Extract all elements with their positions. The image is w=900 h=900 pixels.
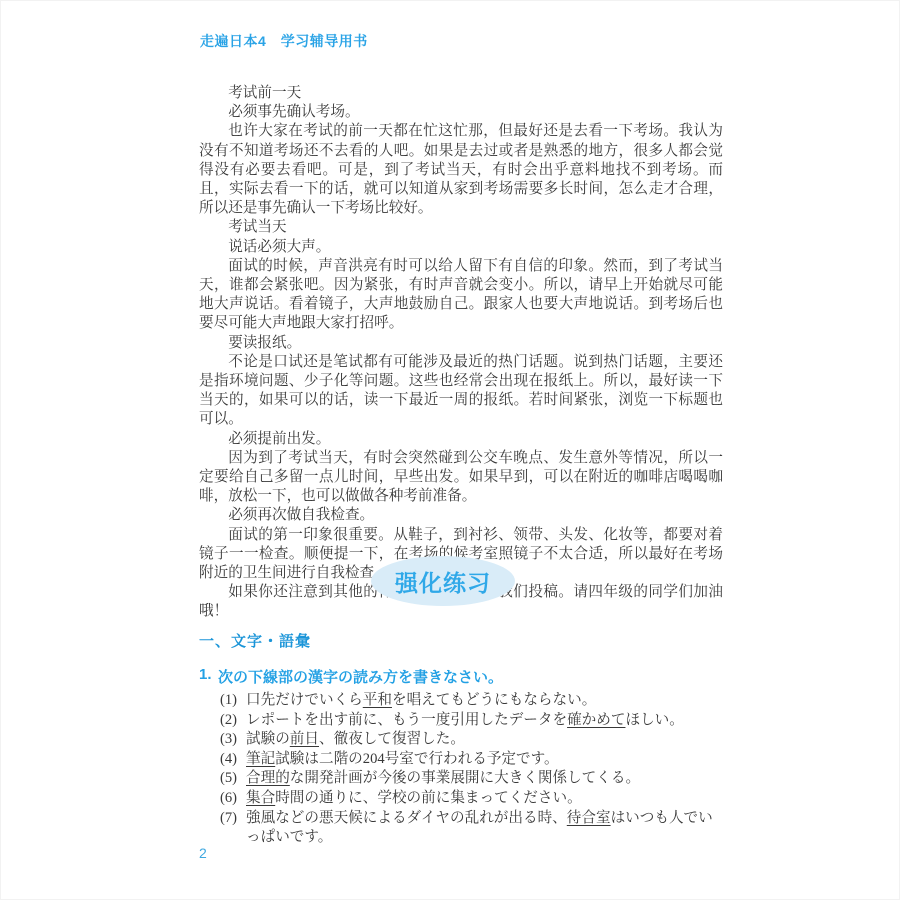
article: 考试前一天必须事先确认考场。也许大家在考试的前一天都在忙这忙那，但最好还是去看一…	[199, 84, 723, 622]
body-paragraph: 必须提前出发。	[199, 430, 723, 449]
item-marker: (3)	[220, 730, 246, 750]
exercise-section: 一、文字・語彙 1. 次の下線部の漢字の読み方を書きなさい。 (1)口先だけでい…	[199, 630, 723, 848]
underlined-word: 確かめて	[567, 712, 625, 728]
question-prompt: 1. 次の下線部の漢字の読み方を書きなさい。	[199, 666, 723, 687]
page-number: 2	[199, 845, 207, 861]
body-paragraph: 必须再次做自我检查。	[199, 506, 723, 525]
exercise-item: (6)集合時間の通りに、学校の前に集まってください。	[220, 789, 723, 809]
body-paragraph: 考试当天	[199, 218, 723, 237]
question-prompt-text: 次の下線部の漢字の読み方を書きなさい。	[218, 666, 503, 687]
exercise-item: (4)筆記試験は二階の204号室で行われる予定です。	[220, 750, 723, 770]
item-text: 強風などの悪天候によるダイヤの乱れが出る時、待合室はいつも人でいっぱいです。	[246, 809, 723, 848]
body-paragraph: 不论是口试还是笔试都有可能涉及最近的热门话题。说到热门话题，主要还是指环境问题、…	[199, 353, 723, 430]
textbook-page: 走遍日本4 学习辅导用书 考试前一天必须事先确认考场。也许大家在考试的前一天都在…	[0, 0, 900, 900]
section-bubble: 强化练习	[371, 556, 515, 606]
underlined-word: 前日	[290, 731, 319, 747]
item-marker: (7)	[220, 809, 246, 848]
item-text: 集合時間の通りに、学校の前に集まってください。	[246, 789, 723, 809]
exercise-item-list: (1)口先だけでいくら平和を唱えてもどうにもならない。(2)レポートを出す前に、…	[199, 691, 723, 848]
exercise-item: (1)口先だけでいくら平和を唱えてもどうにもならない。	[220, 691, 723, 711]
exercise-item: (7)強風などの悪天候によるダイヤの乱れが出る時、待合室はいつも人でいっぱいです…	[220, 809, 723, 848]
section-bubble-label: 强化练习	[395, 565, 491, 598]
underlined-word: 平和	[363, 692, 392, 708]
question-number: 1.	[199, 666, 218, 687]
item-text: 合理的な開発計画が今後の事業展開に大きく関係してくる。	[246, 769, 723, 789]
underlined-word: 待合室	[567, 810, 611, 826]
body-paragraph: 也许大家在考试的前一天都在忙这忙那，但最好还是去看一下考场。我认为没有不知道考场…	[199, 122, 723, 218]
item-marker: (6)	[220, 789, 246, 809]
body-paragraph: 面试的时候，声音洪亮有时可以给人留下有自信的印象。然而，到了考试当天，谁都会紧张…	[199, 257, 723, 334]
book-title-header: 走遍日本4 学习辅导用书	[200, 31, 368, 51]
item-text: 試験の前日、徹夜して復習した。	[246, 730, 723, 750]
item-marker: (1)	[220, 691, 246, 711]
body-paragraph: 考试前一天	[199, 84, 723, 103]
exercise-item: (3)試験の前日、徹夜して復習した。	[220, 730, 723, 750]
underlined-word: 筆記	[246, 751, 275, 767]
body-paragraph: 说话必须大声。	[199, 238, 723, 257]
item-text: レポートを出す前に、もう一度引用したデータを確かめてほしい。	[246, 711, 723, 731]
body-paragraph: 要读报纸。	[199, 334, 723, 353]
underlined-word: 合理的	[246, 770, 290, 786]
body-paragraph: 必须事先确认考场。	[199, 103, 723, 122]
exercise-item: (5)合理的な開発計画が今後の事業展開に大きく関係してくる。	[220, 769, 723, 789]
item-text: 口先だけでいくら平和を唱えてもどうにもならない。	[246, 691, 723, 711]
item-marker: (5)	[220, 769, 246, 789]
underlined-word: 集合	[246, 790, 275, 806]
item-marker: (4)	[220, 750, 246, 770]
body-paragraph: 因为到了考试当天，有时会突然碰到公交车晚点、发生意外等情况，所以一定要给自己多留…	[199, 449, 723, 507]
item-marker: (2)	[220, 711, 246, 731]
item-text: 筆記試験は二階の204号室で行われる予定です。	[246, 750, 723, 770]
exercise-section-title: 一、文字・語彙	[199, 630, 723, 651]
exercise-item: (2)レポートを出す前に、もう一度引用したデータを確かめてほしい。	[220, 711, 723, 731]
